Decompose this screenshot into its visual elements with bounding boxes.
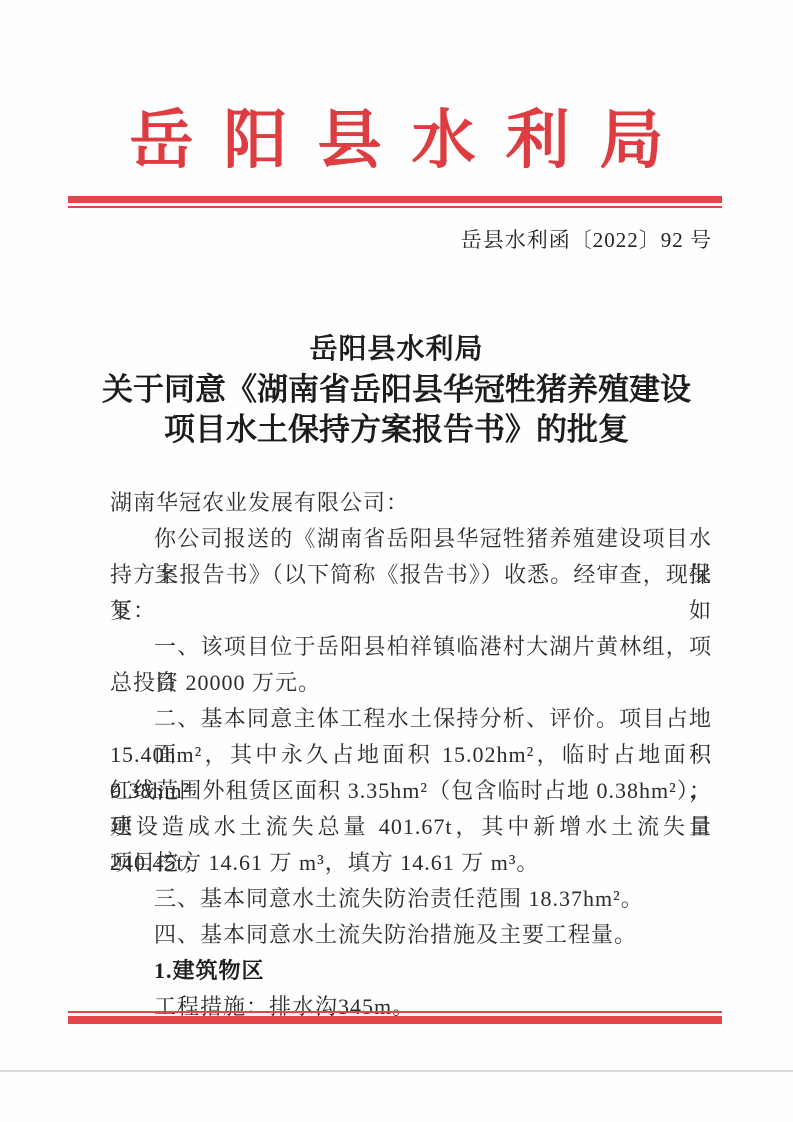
letterhead-rule-thin bbox=[68, 206, 722, 208]
body-line-item-2: 二、基本同意主体工程水土保持分析、评价。项目占地面积 bbox=[110, 701, 712, 737]
body-line-item-3: 三、基本同意水土流失防治责任范围 18.37hm²。 bbox=[110, 881, 712, 917]
body-line-salutation: 湖南华冠农业发展有限公司： bbox=[110, 485, 712, 521]
letterhead-rule-thick bbox=[68, 196, 722, 203]
scan-page-edge-line bbox=[0, 1070, 793, 1072]
body-line: 项目挖方 14.61 万 m³，填方 14.61 万 m³。 bbox=[110, 845, 712, 881]
footer-rule-thick bbox=[68, 1016, 722, 1024]
body-line: 总投资 20000 万元。 bbox=[110, 665, 712, 701]
body-line: 建设造成水土流失总量 401.67t，其中新增水土流失量 240.45t； bbox=[110, 809, 712, 845]
body-line: 你公司报送的《湖南省岳阳县华冠牲猪养殖建设项目水土保 bbox=[110, 521, 712, 557]
document-title-line1: 岳阳县水利局 bbox=[50, 330, 743, 370]
body-line: 红线范围外租赁区面积 3.35hm²（包含临时占地 0.38hm²）；项目 bbox=[110, 773, 712, 809]
body-line-item-4: 四、基本同意水土流失防治措施及主要工程量。 bbox=[110, 917, 712, 953]
footer-rule-thin bbox=[68, 1011, 722, 1013]
document-title-line2: 关于同意《湖南省岳阳县华冠牲猪养殖建设 bbox=[50, 370, 743, 410]
body-line-section-heading: 1.建筑物区 bbox=[110, 953, 712, 989]
body-line: 15.40hm²，其中永久占地面积 15.02hm²，临时占地面积 0.38hm… bbox=[110, 737, 712, 773]
document-number: 岳县水利函〔2022〕92 号 bbox=[110, 227, 712, 253]
document-body: 湖南华冠农业发展有限公司： 你公司报送的《湖南省岳阳县华冠牲猪养殖建设项目水土保… bbox=[110, 485, 712, 1025]
letterhead-agency-name: 岳阳县水利局 bbox=[68, 98, 725, 184]
body-line: 持方案报告书》（以下简称《报告书》）收悉。经审查，现批复如 bbox=[110, 557, 712, 593]
document-title: 岳阳县水利局 关于同意《湖南省岳阳县华冠牲猪养殖建设 项目水土保持方案报告书》的… bbox=[50, 330, 743, 450]
document-title-line3: 项目水土保持方案报告书》的批复 bbox=[50, 410, 743, 450]
scanned-official-document-page: 岳阳县水利局 岳县水利函〔2022〕92 号 岳阳县水利局 关于同意《湖南省岳阳… bbox=[0, 0, 793, 1122]
body-line-item-1: 一、该项目位于岳阳县柏祥镇临港村大湖片黄林组，项目 bbox=[110, 629, 712, 665]
